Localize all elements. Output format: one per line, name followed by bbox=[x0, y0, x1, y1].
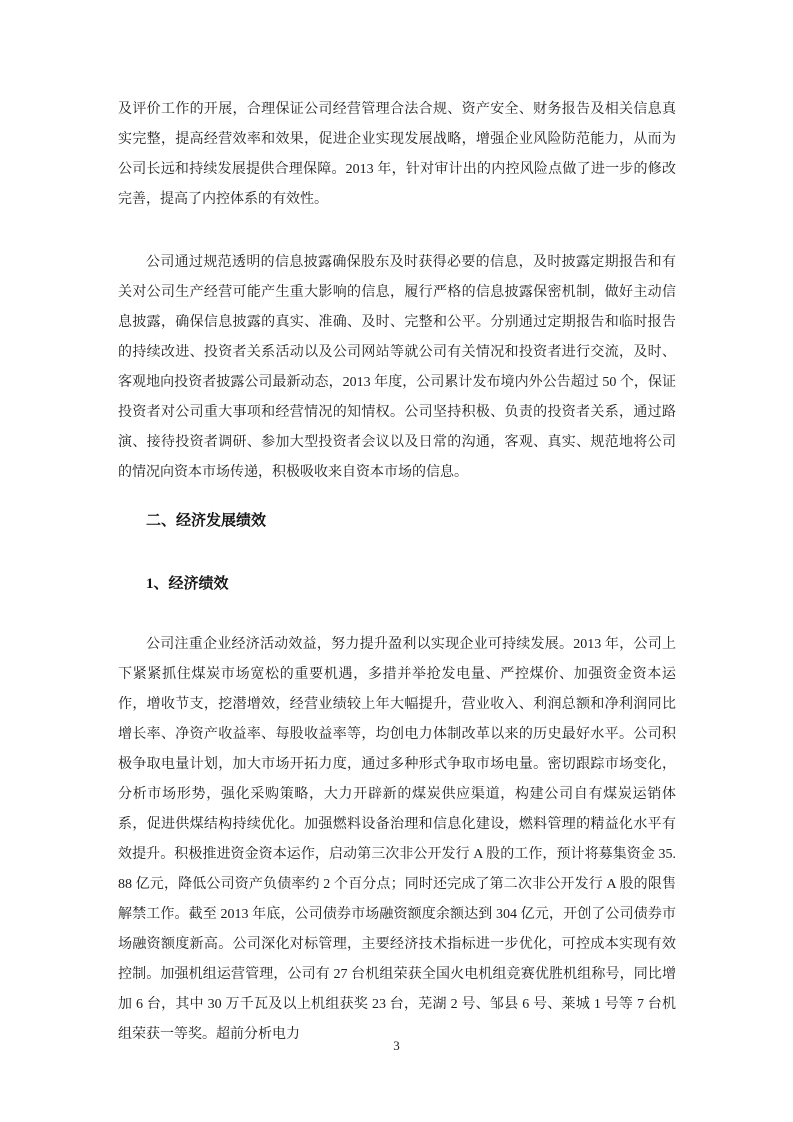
section-heading-economic-development-performance: 二、经济发展绩效 bbox=[118, 506, 676, 536]
document-page: 及评价工作的开展，合理保证公司经营管理合法合规、资产安全、财务报告及相关信息真实… bbox=[0, 0, 793, 1122]
paragraph-economic-performance-detail: 公司注重企业经济活动效益，努力提升盈利以实现企业可持续发展。2013 年，公司上… bbox=[118, 630, 676, 1050]
page-number: 3 bbox=[0, 1037, 793, 1055]
paragraph-information-disclosure: 公司通过规范透明的信息披露确保股东及时获得必要的信息，及时披露定期报告和有关对公… bbox=[118, 248, 676, 488]
subsection-heading-economic-performance: 1、经济绩效 bbox=[118, 569, 676, 599]
paragraph-internal-control: 及评价工作的开展，合理保证公司经营管理合法合规、资产安全、财务报告及相关信息真实… bbox=[118, 95, 676, 215]
